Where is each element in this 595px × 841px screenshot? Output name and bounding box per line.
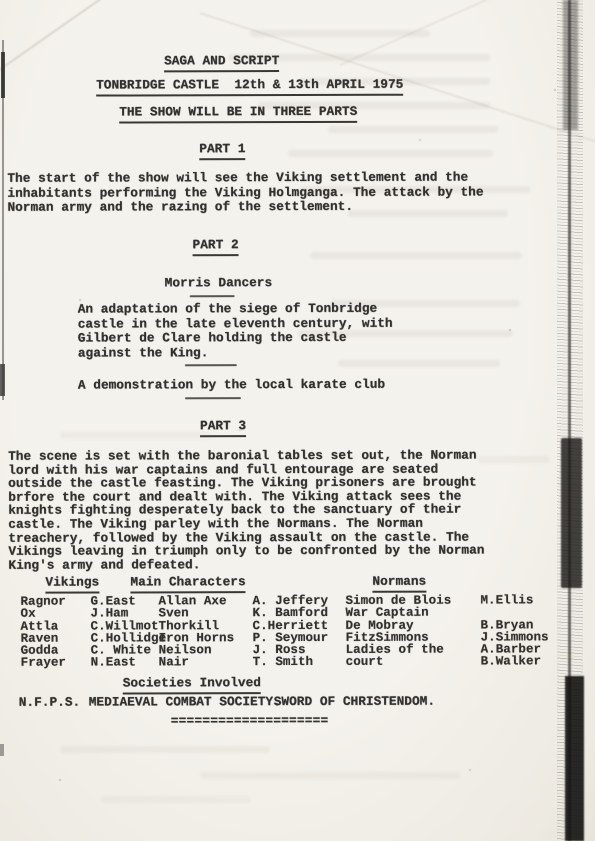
- part2-heading: PART 2: [193, 238, 239, 256]
- document-title: SAGA AND SCRIPT: [164, 54, 279, 72]
- cast-header-main-characters: Main Characters: [130, 575, 245, 593]
- cast-cell: court: [346, 656, 481, 669]
- cast-header-vikings: Vikings: [45, 576, 99, 594]
- part3-paragraph: The scene is set with the baronial table…: [8, 449, 484, 573]
- societies-heading: Societies Involved: [123, 676, 261, 694]
- cast-cell: Sven: [158, 607, 252, 620]
- underline-rule: [190, 295, 235, 297]
- part1-paragraph: The start of the show will see the Vikin…: [7, 171, 483, 216]
- cast-cell: B.Walker: [481, 656, 566, 669]
- scanned-document-page: SAGA AND SCRIPT TONBRIDGE CASTLE 12th & …: [0, 0, 595, 841]
- part2-paragraph: An adaptation of the siege of Tonbridge …: [78, 302, 393, 361]
- cast-cell: [480, 607, 565, 620]
- cast-cell: Frayer: [21, 657, 91, 669]
- part2-subheading: Morris Dancers: [165, 276, 273, 291]
- cast-cell: T. Smith: [253, 656, 346, 669]
- underline-rule: [185, 364, 237, 366]
- document-subtitle: TONBRIDGE CASTLE 12th & 13th APRIL 1975: [96, 78, 403, 96]
- cast-cell: J.Ham: [90, 608, 158, 620]
- cast-cell: War Captain: [345, 607, 480, 620]
- cast-table: RagnorG.EastAllan AxeA. JefferySimon de …: [20, 594, 565, 669]
- societies-item-mediaeval-combat: MEDIAEVAL COMBAT SOCIETY.: [89, 695, 281, 710]
- part3-heading: PART 3: [200, 419, 246, 437]
- societies-item-nfps: N.F.P.S.: [19, 696, 80, 711]
- cast-cell: N.East: [91, 657, 159, 669]
- typed-content: SAGA AND SCRIPT TONBRIDGE CASTLE 12th & …: [0, 0, 595, 841]
- part1-heading: PART 1: [199, 142, 245, 160]
- cast-cell: Ox: [20, 608, 90, 620]
- part2-note: A demonstration by the local karate club: [78, 378, 385, 393]
- cast-row: FrayerN.EastNairT. SmithcourtB.Walker: [21, 656, 566, 670]
- cast-cell: K. Bamford: [252, 607, 345, 620]
- end-divider: ====================: [171, 714, 329, 729]
- societies-item-sword-of-christendom: SWORD OF CHRISTENDOM.: [274, 695, 435, 710]
- cast-header-normans: Normans: [372, 575, 426, 593]
- cast-cell: M.Ellis: [480, 594, 565, 607]
- document-tagline: THE SHOW WILL BE IN THREE PARTS: [119, 105, 357, 123]
- cast-cell: Nair: [159, 657, 253, 670]
- underline-rule: [185, 397, 241, 399]
